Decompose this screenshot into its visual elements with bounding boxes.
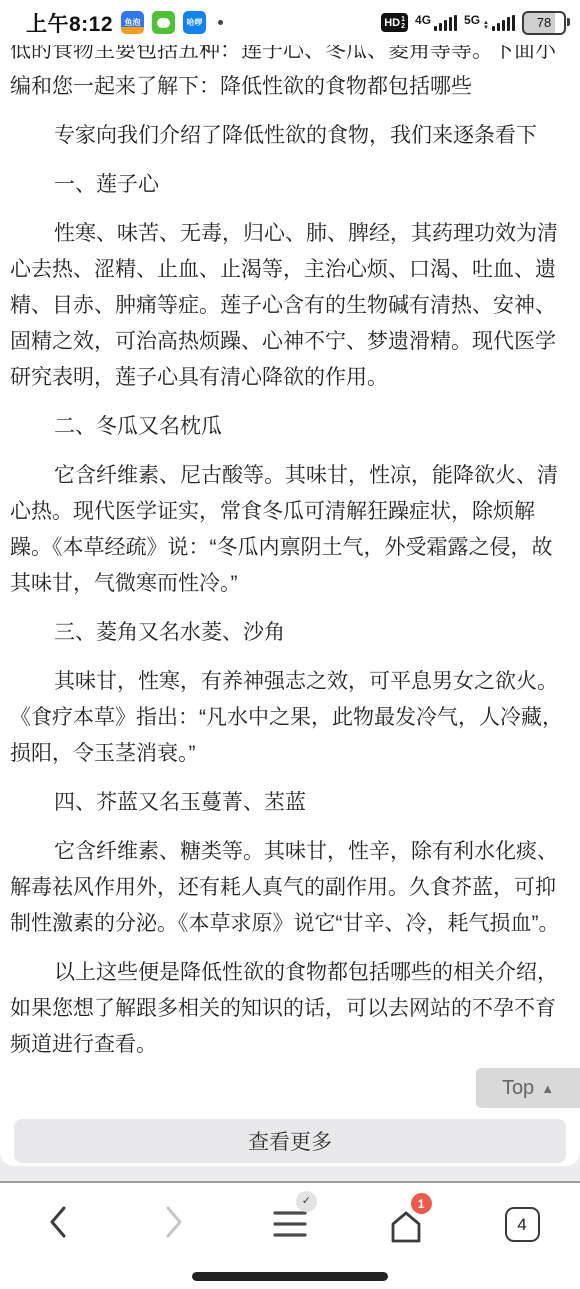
tab-counter-icon: 4 <box>505 1207 540 1242</box>
back-to-top-button[interactable]: Top ▲ <box>476 1068 580 1108</box>
yupao-app-icon: 鱼泡 <box>121 11 144 34</box>
article-paragraph: 以上这些便是降低性欲的食物都包括哪些的相关介绍，如果您想了解跟多相关的知识的话，… <box>10 955 570 1063</box>
chevron-right-icon <box>164 1205 184 1239</box>
article-paragraph: 它含纤维素、糖类等。其味甘，性辛，除有利水化痰、解毒祛风作用外，还有耗人真气的副… <box>10 834 570 942</box>
article-paragraph: 性寒、味苦、无毒，归心、肺、脾经，其药理功效为清心去热、涩精、止血、止渴等，主治… <box>10 216 570 396</box>
article-paragraph: 专家向我们介绍了降低性欲的食物，我们来逐条看下 <box>10 118 570 154</box>
arrow-up-icon: ▲ <box>541 1081 554 1096</box>
battery-icon: 78 <box>522 11 566 35</box>
home-indicator-bar[interactable] <box>192 1272 388 1281</box>
yupao-app-icon-label: 鱼泡 <box>125 19 141 27</box>
article-body: 低的食物主要包括五种：莲子心、冬瓜、菱角等等。下面小编和您一起来了解下：降低性欲… <box>0 45 580 1063</box>
menu-check-badge: ✓ <box>296 1191 317 1212</box>
back-to-top-label: Top <box>502 1077 534 1100</box>
battery-percent: 78 <box>537 15 551 30</box>
section-heading-3: 三、菱角又名水菱、沙角 <box>10 615 570 651</box>
nav-back-button[interactable] <box>0 1183 116 1289</box>
article-paragraph: 它含纤维素、尼古酸等。其味甘，性凉，能降欲火、清心热。现代医学证实，常食冬瓜可清… <box>10 458 570 602</box>
nav-tabs-button[interactable]: 4 <box>464 1183 580 1289</box>
clock-text: 上午8:12 <box>26 8 113 38</box>
article-paragraph: 其味甘，性寒，有养神强志之效，可平息男女之欲火。《食疗本草》指出：“凡水中之果，… <box>10 664 570 772</box>
home-notification-badge: 1 <box>411 1193 432 1214</box>
data-activity-arrows-icon: ▲▼ <box>483 21 489 31</box>
hd-label: HD <box>384 17 400 29</box>
hd-sim2-label: 2 <box>401 23 405 30</box>
section-heading-2: 二、冬瓜又名枕瓜 <box>10 409 570 445</box>
hamburger-menu-icon <box>273 1208 307 1242</box>
chat-bubble-icon <box>157 18 170 28</box>
wechat-app-icon <box>152 11 175 34</box>
hello-app-icon-label: 哈啰 <box>187 19 203 27</box>
webpage-content: 低的食物主要包括五种：莲子心、冬瓜、菱角等等。下面小编和您一起来了解下：降低性欲… <box>0 45 580 1166</box>
hd-sim1-label: 1 <box>401 16 405 23</box>
home-icon <box>387 1209 425 1245</box>
chevron-left-icon <box>48 1205 68 1239</box>
phone-screen: 上午8:12 鱼泡 哈啰 HD 1 2 4G <box>0 0 580 1289</box>
view-more-button[interactable]: 查看更多 <box>14 1119 566 1163</box>
notification-app-icons: 鱼泡 哈啰 <box>121 11 206 34</box>
network-4g-label: 4G <box>415 15 431 25</box>
hello-app-icon: 哈啰 <box>183 11 206 34</box>
status-indicators: HD 1 2 4G 5G ▲▼ 78 <box>381 11 566 35</box>
signal-5g-icon: 5G ▲▼ <box>464 15 515 31</box>
notification-dot-icon <box>218 20 223 25</box>
tab-count: 4 <box>517 1215 526 1235</box>
article-paragraph: 低的食物主要包括五种：莲子心、冬瓜、菱角等等。下面小编和您一起来了解下：降低性欲… <box>10 45 570 105</box>
signal-4g-icon: 4G <box>415 15 457 31</box>
status-bar: 上午8:12 鱼泡 哈啰 HD 1 2 4G <box>0 0 580 45</box>
section-heading-1: 一、莲子心 <box>10 167 570 203</box>
section-heading-4: 四、芥蓝又名玉蔓菁、苤蓝 <box>10 785 570 821</box>
network-5g-label: 5G <box>464 15 480 25</box>
hd-volte-icon: HD 1 2 <box>381 13 408 32</box>
